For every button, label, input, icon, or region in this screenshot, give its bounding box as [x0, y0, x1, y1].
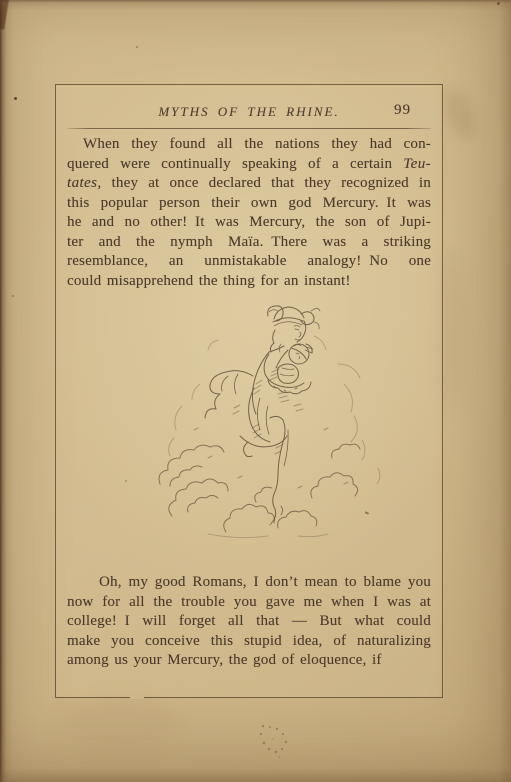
- hatching: [194, 369, 348, 488]
- page-edge-shadow-right: [499, 0, 511, 782]
- illustration-sketch: [148, 288, 418, 543]
- text-line: he and no other! It was Mercury, the son…: [67, 213, 431, 233]
- page-header: MYTHS OF THE RHINE. 99: [67, 102, 431, 122]
- frame-border-gap: [130, 696, 144, 699]
- cloud-bank: [159, 444, 360, 537]
- page-frame: MYTHS OF THE RHINE. 99 When they found a…: [55, 84, 443, 698]
- text-line: tates, they at once declared that they r…: [67, 174, 431, 194]
- header-rule: [67, 128, 431, 129]
- figure-maia: [205, 306, 320, 525]
- text-line: resemblance, an unmistakable analogy! No…: [67, 252, 431, 272]
- text-line: make you conceive this stupid idea, of n…: [67, 632, 431, 652]
- page-edge-shadow-top: [0, 0, 511, 10]
- running-title: MYTHS OF THE RHINE.: [67, 104, 431, 120]
- book-page-scan: MYTHS OF THE RHINE. 99 When they found a…: [0, 0, 511, 782]
- text-line: quered were continually speaking of a ce…: [67, 155, 431, 175]
- paper-smudge: [60, 700, 180, 750]
- text-line: ter and the nymph Maïa. There was a stri…: [67, 233, 431, 253]
- text-line: Oh, my good Romans, I don’t mean to blam…: [67, 573, 431, 593]
- text-line: When they found all the nations they had…: [67, 135, 431, 155]
- page-edge-shadow-left: [0, 0, 14, 782]
- page-number: 99: [394, 102, 411, 119]
- paper-smudge: [441, 250, 463, 410]
- ink-speck: [125, 480, 127, 482]
- paper-smudge: [440, 85, 481, 142]
- text-line: college! I will forget all that — But wh…: [67, 612, 431, 632]
- body-paragraph-1: When they found all the nations they had…: [67, 135, 431, 291]
- body-paragraph-2: Oh, my good Romans, I don’t mean to blam…: [67, 573, 431, 671]
- illustration-maia-and-infant-mercury: [148, 288, 418, 543]
- text-line: now for all the trouble you gave me when…: [67, 593, 431, 613]
- bleedthrough-dots: [250, 718, 296, 762]
- ink-speck: [136, 46, 138, 48]
- cloud-swirls: [169, 336, 380, 484]
- ink-speck: [14, 97, 17, 100]
- page-edge-shadow-bottom: [0, 768, 511, 782]
- text-line: among us your Mercury, the god of eloque…: [67, 651, 431, 671]
- text-line: this popular person their own god Mercur…: [67, 194, 431, 214]
